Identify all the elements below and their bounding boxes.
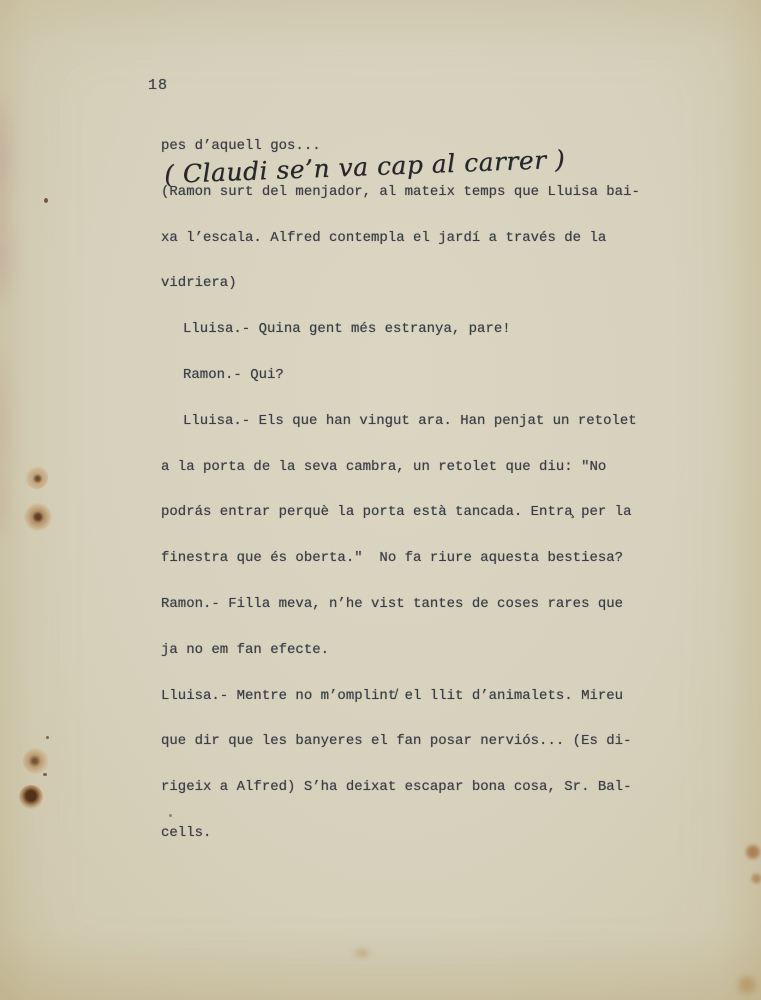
typed-line: vidriera) bbox=[161, 274, 681, 320]
rust-stain bbox=[744, 843, 761, 861]
typed-line: rigeix a Alfred) S’ha deixat escapar bon… bbox=[161, 778, 681, 824]
rust-stain bbox=[25, 466, 48, 489]
rust-stain bbox=[750, 872, 761, 885]
typed-line: que dir que les banyeres el fan posar ne… bbox=[161, 732, 681, 778]
rust-stain bbox=[19, 785, 43, 809]
pink-stain bbox=[0, 330, 20, 520]
typed-line: pes d’aquell gos... bbox=[161, 137, 681, 183]
rust-stain bbox=[736, 975, 758, 995]
typed-line: cells. bbox=[161, 824, 681, 870]
typed-text-block: pes d’aquell gos... (Ramon surt del menj… bbox=[161, 137, 681, 870]
typed-line: Lluisa.- Els que han vingut ara. Han pen… bbox=[161, 412, 681, 458]
ink-speck bbox=[46, 736, 49, 739]
typed-line: podrás entrar perquè la porta està tanca… bbox=[161, 503, 681, 549]
typed-line: finestra que és oberta." No fa riure aqu… bbox=[161, 549, 681, 595]
rust-stain bbox=[23, 748, 49, 774]
manuscript-page: 18 ( Claudi se’n va cap al carrer ) pes … bbox=[0, 0, 761, 1000]
typed-line: a la porta de la seva cambra, un retolet… bbox=[161, 458, 681, 504]
typed-line: xa l’escala. Alfred contempla el jardí a… bbox=[161, 229, 681, 275]
typed-line: (Ramon surt del menjador, al mateix temp… bbox=[161, 183, 681, 229]
typed-line: ja no em fan efecte. bbox=[161, 641, 681, 687]
pink-stain bbox=[0, 468, 14, 548]
typed-line: Ramon.- Filla meva, n’he vist tantes de … bbox=[161, 595, 681, 641]
pink-stain bbox=[0, 196, 20, 316]
typed-line: Lluisa.- Mentre no m’omplint̸ el llit d’… bbox=[161, 687, 681, 733]
ink-speck bbox=[43, 773, 47, 776]
ink-speck bbox=[44, 198, 48, 203]
typed-line: Lluisa.- Quina gent més estranya, pare! bbox=[161, 320, 681, 366]
smudge-stain bbox=[352, 948, 372, 958]
pink-stain bbox=[0, 78, 18, 238]
rust-stain bbox=[24, 503, 52, 531]
page-number: 18 bbox=[148, 77, 168, 94]
typed-line: Ramon.- Qui? bbox=[161, 366, 681, 412]
